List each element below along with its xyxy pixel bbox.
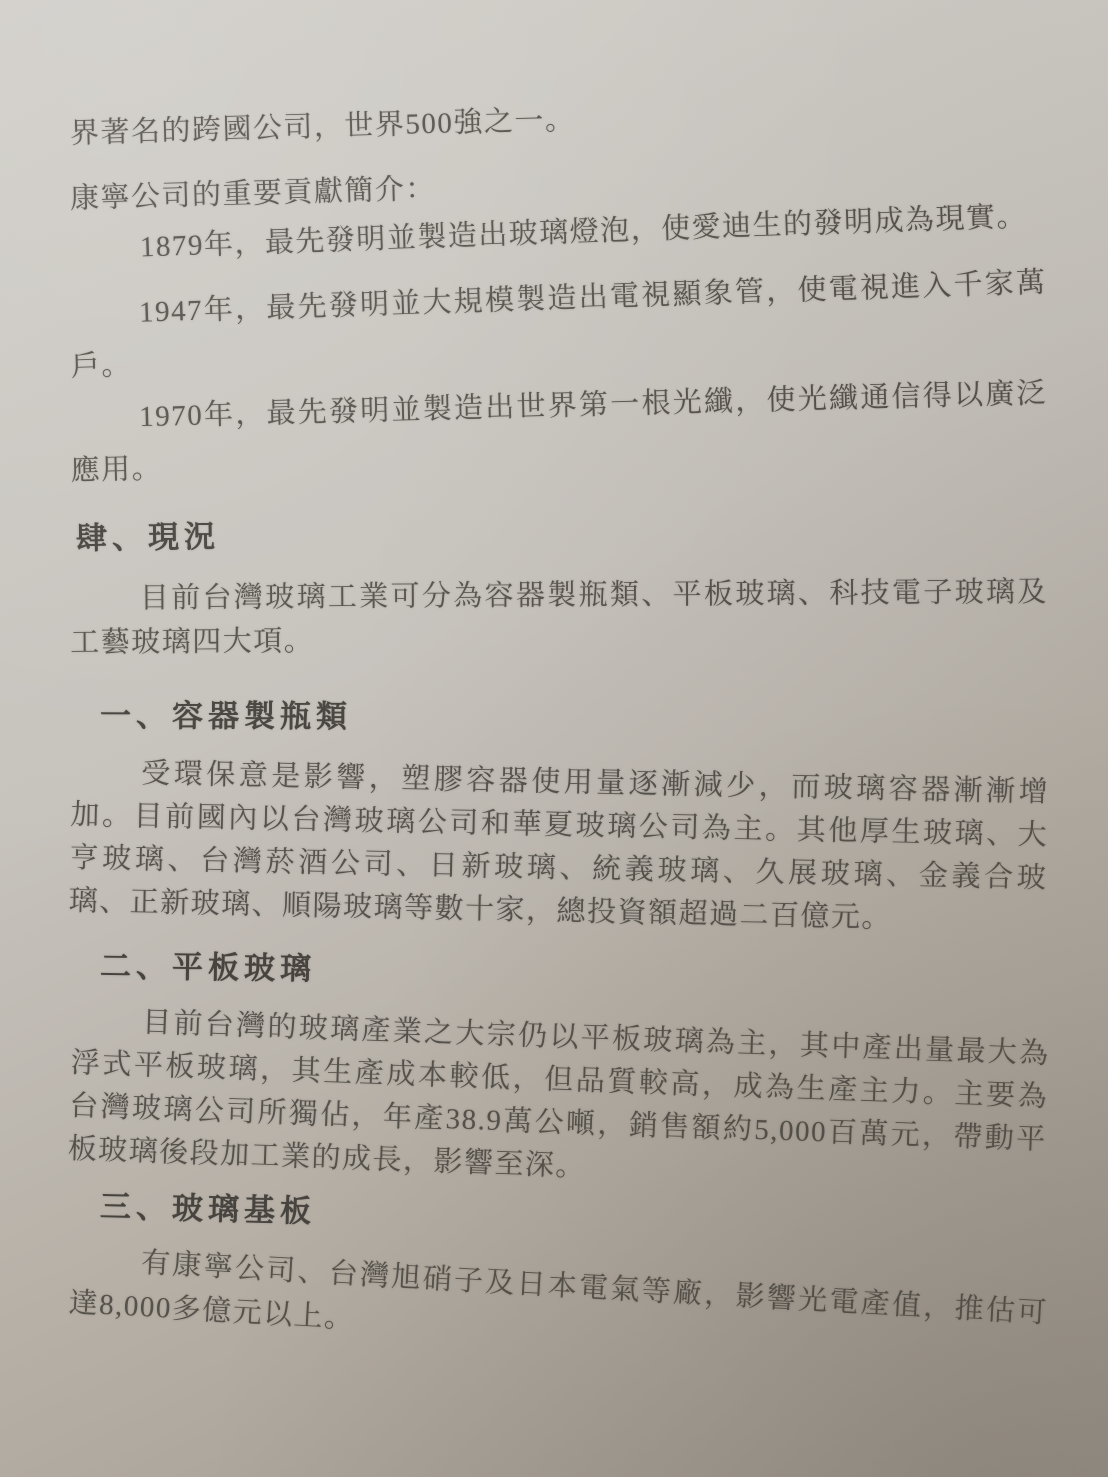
subsection-body-3: 有康寧公司、台灣旭硝子及日本電氣等廠，影響光電產值，推估可 達8,000多億元以… (68, 1237, 1049, 1379)
intro-line: 界著名的跨國公司，世界500強之一。 (69, 85, 1048, 156)
subsection-heading-2: 二、平板玻璃 (70, 944, 1049, 1002)
subsection-heading-1: 一、容器製瓶類 (70, 694, 1048, 741)
document-photo: 界著名的跨國公司，世界500強之一。 康寧公司的重要貢獻簡介： 1879年，最先… (0, 0, 1108, 1477)
body-line: 目前台灣玻璃工業可分為容器製瓶類、平板玻璃、科技電子玻璃及 (70, 570, 1048, 621)
section-intro: 目前台灣玻璃工業可分為容器製瓶類、平板玻璃、科技電子玻璃及 工藝玻璃四大項。 (70, 570, 1049, 665)
subsection-heading: 一、容器製瓶類 (70, 694, 1048, 741)
section-heading: 肆、現況 (70, 503, 1049, 561)
page-text: 界著名的跨國公司，世界500強之一。 康寧公司的重要貢獻簡介： 1879年，最先… (70, 112, 1048, 1325)
body-line: 工藝玻璃四大項。 (70, 614, 1048, 665)
subsection-heading: 二、平板玻璃 (70, 944, 1049, 1002)
section-heading-block: 肆、現況 (70, 503, 1049, 561)
intro-block: 界著名的跨國公司，世界500強之一。 (69, 85, 1048, 156)
subsection-body-1: 受環保意是影響，塑膠容器使用量逐漸減少，而玻璃容器漸漸增 加。目前國內以台灣玻璃… (68, 751, 1049, 943)
subsection-body-2: 目前台灣的玻璃產業之大宗仍以平板玻璃為主，其中產出量最大為 浮式平板玻璃，其生產… (67, 999, 1050, 1205)
